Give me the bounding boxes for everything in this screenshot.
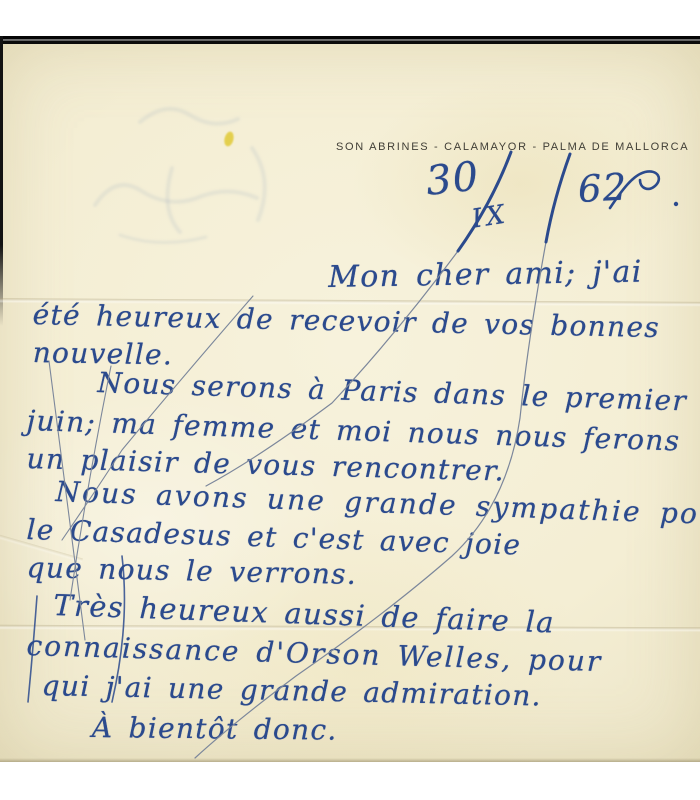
- letter-line: Mon cher ami; j'ai: [328, 258, 643, 293]
- scanned-letter: SON ABRINES - CALAMAYOR - PALMA DE MALLO…: [0, 0, 700, 800]
- letter-line: que nous le verrons.: [26, 554, 357, 589]
- date-year: 62: [577, 168, 629, 208]
- date-month: IX: [470, 201, 510, 232]
- letter-line: À bientôt donc.: [92, 714, 338, 745]
- scan-edge-left: [0, 36, 3, 326]
- scan-edge-top: [0, 36, 700, 44]
- letterhead: SON ABRINES - CALAMAYOR - PALMA DE MALLO…: [336, 141, 689, 153]
- letter-line: nouvelle.: [33, 339, 174, 369]
- paper-bottom-edge: [0, 758, 700, 762]
- date-day: 30: [424, 156, 481, 201]
